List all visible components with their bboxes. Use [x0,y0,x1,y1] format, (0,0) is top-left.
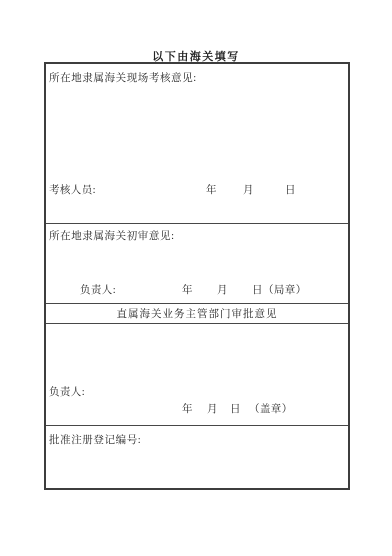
approval-date-month: 月 [207,401,218,416]
prelim-bureau-seal-note: （局章） [263,282,307,297]
onsite-assessment-label: 所在地隶属海关现场考核意见: [49,70,197,85]
registration-number-section: 批准注册登记编号: [46,425,348,488]
approval-opinion-section: 负责人: 年 月 日 （盖章） [46,323,348,425]
onsite-date-day: 日 [285,182,296,197]
registration-number-label: 批准注册登记编号: [49,432,141,447]
prelim-date-year: 年 [182,282,193,297]
approval-seal-note: （盖章） [249,401,293,416]
document-page: 以下由海关填写 所在地隶属海关现场考核意见: 考核人员: 年 月 日 所在地隶属… [0,0,392,556]
prelim-date-month: 月 [217,282,228,297]
approval-date-day: 日 [230,401,241,416]
approval-date-year: 年 [182,401,193,416]
prelim-date-day: 日 [252,282,263,297]
approval-section-header-row: 直属海关业务主管部门审批意见 [46,303,348,323]
onsite-assessment-section: 所在地隶属海关现场考核意见: 考核人员: 年 月 日 [46,64,348,223]
assessor-signature-label: 考核人员: [49,182,96,197]
approval-signer-label: 负责人: [49,384,85,399]
customs-form-table: 所在地隶属海关现场考核意见: 考核人员: 年 月 日 所在地隶属海关初审意见: … [44,62,350,490]
prelim-signer-label: 负责人: [80,282,116,297]
approval-section-header: 直属海关业务主管部门审批意见 [117,306,278,321]
onsite-date-year: 年 [206,182,217,197]
onsite-date-month: 月 [243,182,254,197]
preliminary-review-label: 所在地隶属海关初审意见: [49,228,175,243]
preliminary-review-section: 所在地隶属海关初审意见: 负责人: 年 月 日 （局章） [46,223,348,303]
